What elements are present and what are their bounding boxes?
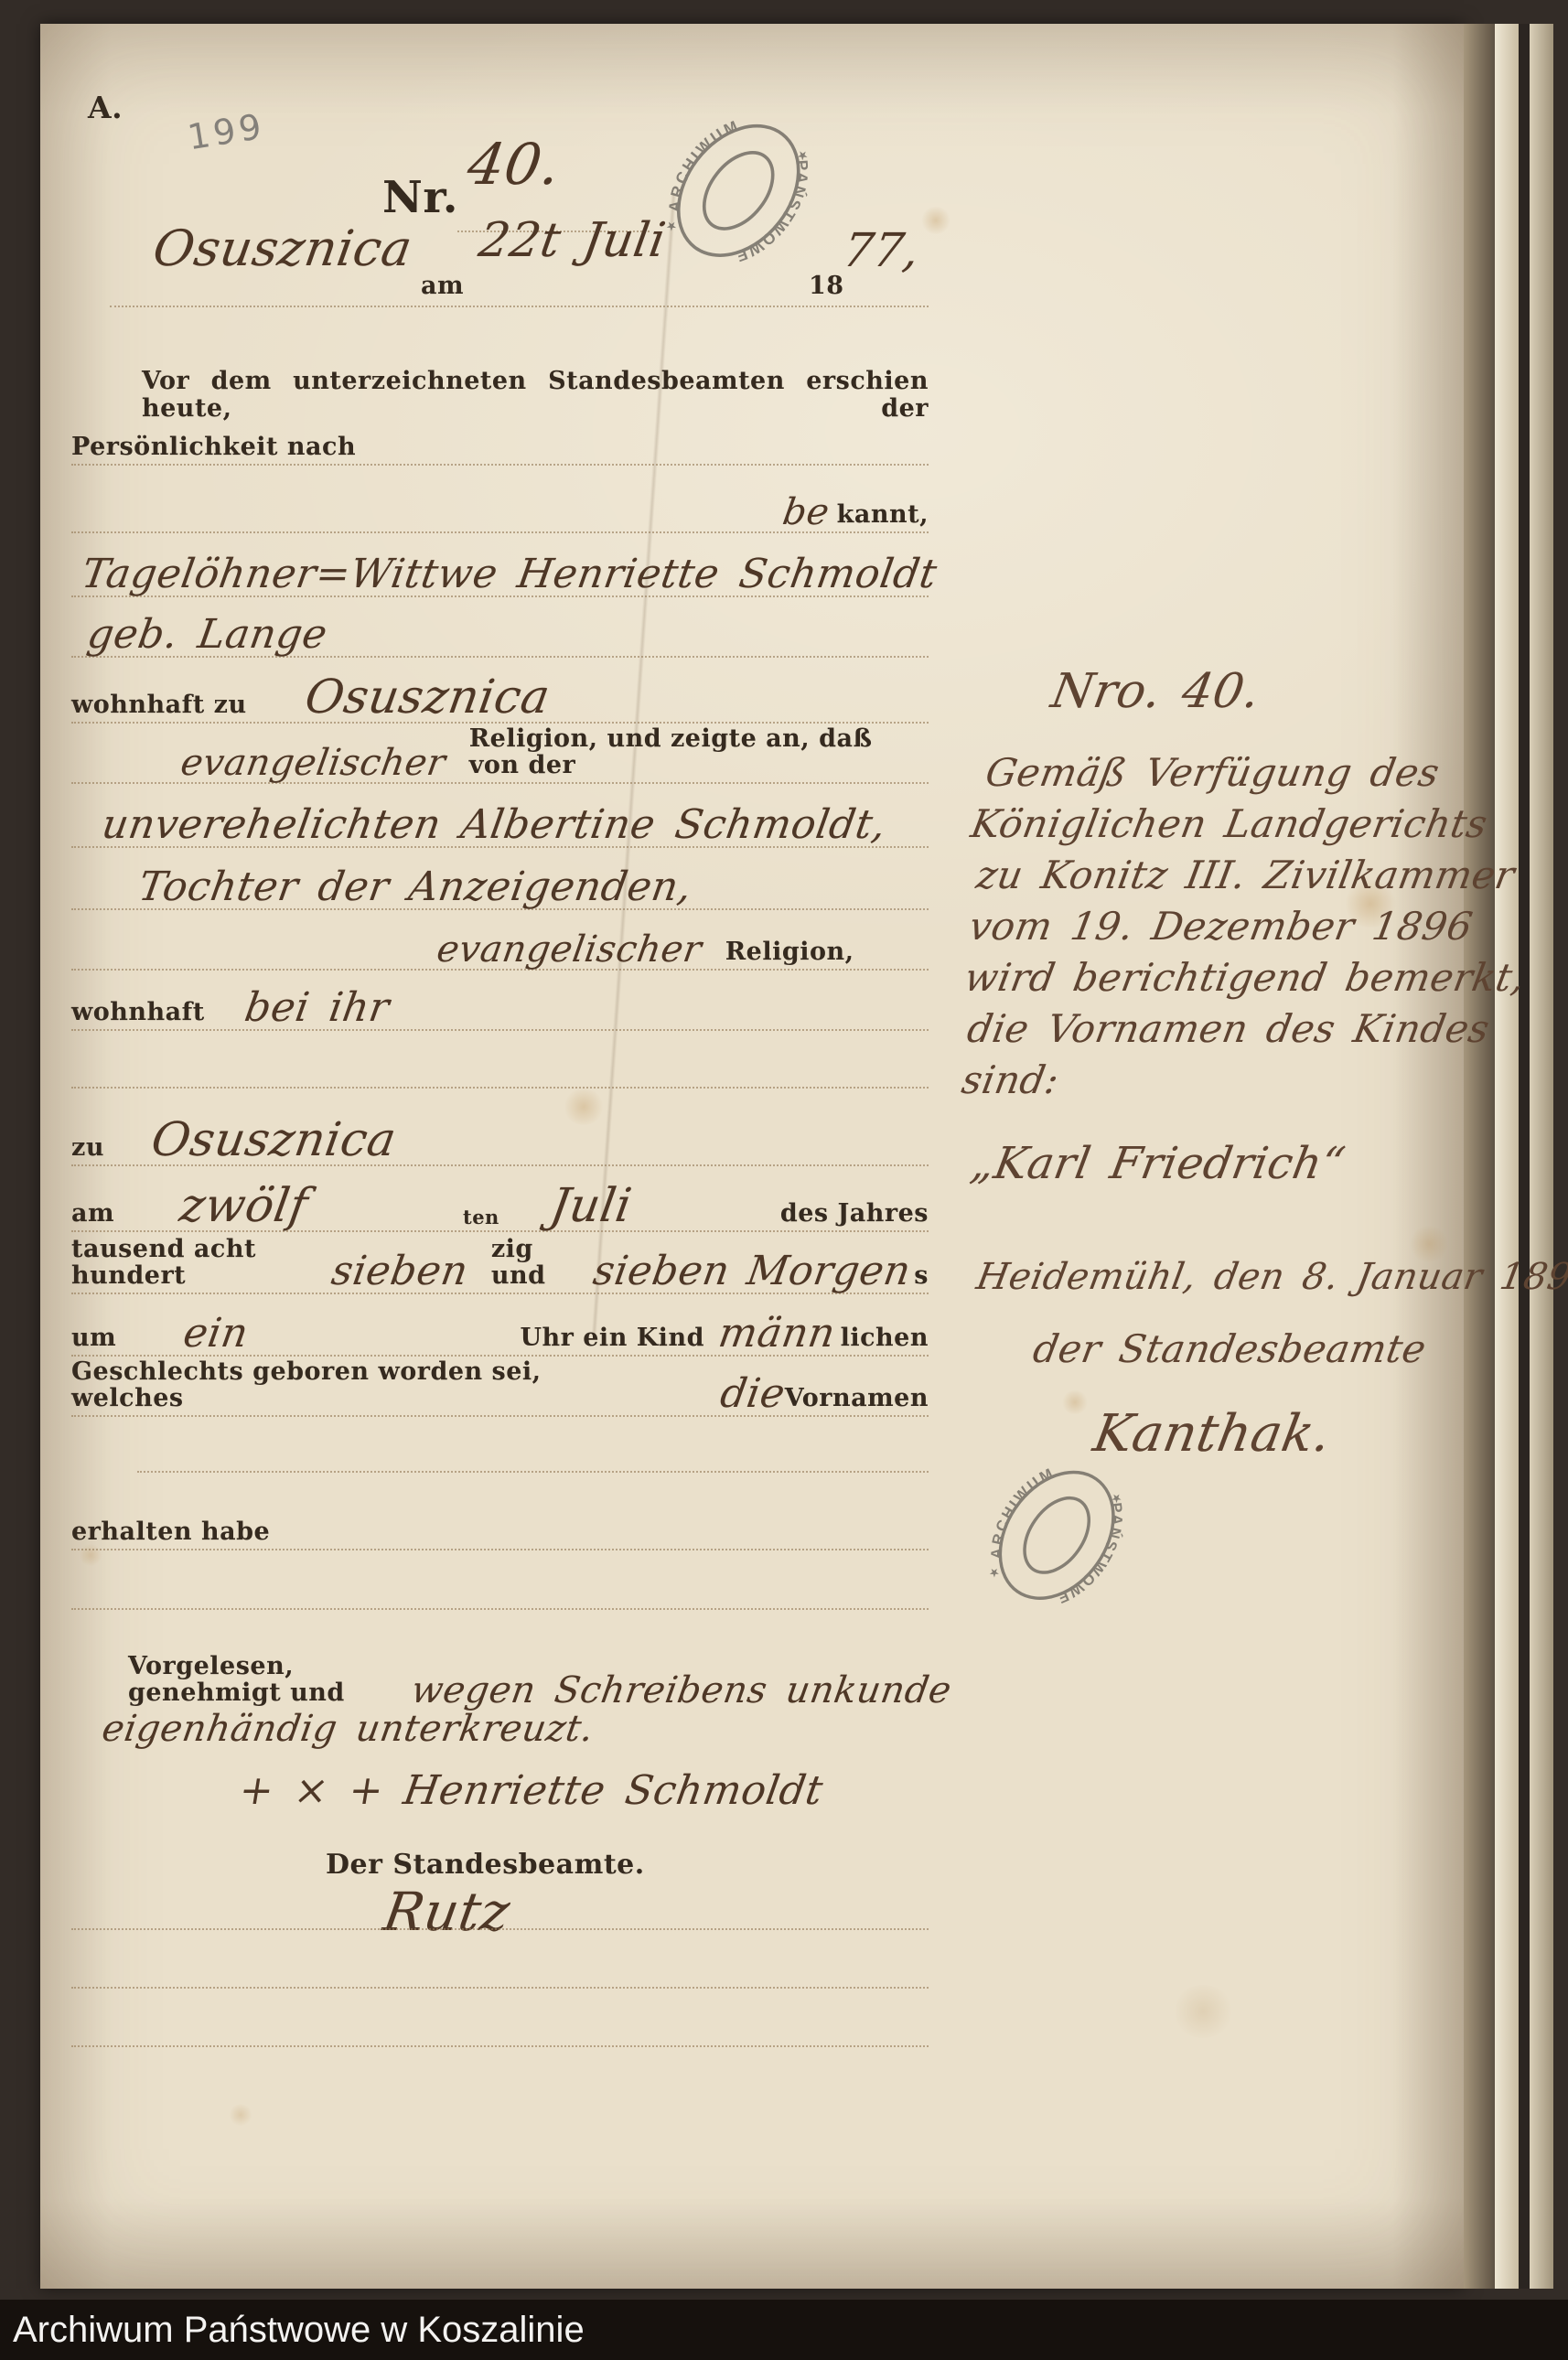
form-row-religion1: evangelischer Religion, und zeigte an, d… <box>71 721 929 784</box>
stain <box>229 2104 252 2126</box>
margin-note-official: der Standesbeamte <box>1030 1330 1429 1368</box>
margin-note-line: Königlichen Landgerichts <box>968 805 1490 843</box>
birthyear-decade: sieben <box>328 1253 470 1290</box>
form-row-tochter: Tochter der Anzeigenden, <box>71 845 929 910</box>
wohnhaft-zu-label: wohnhaft zu <box>71 692 247 719</box>
margin-note-quote: „Karl Friedrich“ <box>968 1142 1348 1185</box>
tochter-value: Tochter der Anzeigenden, <box>136 869 694 906</box>
underlying-page-edge <box>1530 24 1553 2289</box>
form-row-persoenlichkeit: Persönlichkeit nach <box>71 410 929 466</box>
record-number-label: Nr. <box>382 174 458 222</box>
form-row-birthday: am zwölf ten Juli des Jahres <box>71 1164 929 1232</box>
stain <box>920 207 951 234</box>
dotted-rule <box>137 1471 929 1473</box>
birthday-month: Juli <box>547 1185 634 1228</box>
stain <box>1061 1390 1089 1414</box>
form-row-bei-ihr: wohnhaft bei ihr <box>71 968 929 1031</box>
archive-footer-text: Archiwum Państwowe w Koszalinie <box>0 2300 585 2360</box>
religion2-value: evangelischer <box>435 933 703 966</box>
um-label: um <box>71 1325 116 1352</box>
geschlechts-label: Geschlechts geboren worden sei, welches <box>71 1358 629 1412</box>
religion2-label: Religion, <box>725 939 854 966</box>
ten-label: ten <box>463 1207 499 1228</box>
form-row-birthplace: zu Osusznica <box>71 1094 929 1166</box>
des-jahres-label: des Jahres <box>780 1200 929 1228</box>
birthyear-unit: sieben <box>591 1253 733 1290</box>
dotted-rule <box>71 1987 929 1989</box>
form-row-residence: wohnhaft zu Osusznica <box>71 655 929 724</box>
dateline-am-label: am <box>421 273 464 300</box>
birthplace-value: Osusznica <box>148 1120 399 1162</box>
dotted-rule <box>71 1608 929 1610</box>
declarant-birthname: geb. Lange <box>85 617 330 653</box>
dateline-day: 22t Juli <box>476 220 669 263</box>
form-row-geschlechts: Geschlechts geboren worden sei, welches … <box>71 1354 929 1417</box>
gender-value: männ <box>716 1315 838 1352</box>
religion1-value: evangelischer <box>178 746 447 779</box>
form-row-religion2: evangelischer Religion, <box>71 907 929 971</box>
dotted-rule <box>71 1087 929 1089</box>
dateline-year-hw: 77, <box>840 231 922 273</box>
dateline-place: Osusznica <box>150 227 415 272</box>
record-number-value: 40. <box>465 139 564 190</box>
persoenlichkeit-label: Persönlichkeit nach <box>71 434 356 461</box>
uhr-ein-kind-label: Uhr ein Kind <box>520 1325 704 1352</box>
hour-value: ein <box>181 1315 251 1352</box>
page-curled-edge <box>1495 24 1519 2289</box>
stamp-star-icon: ★ <box>985 1564 1002 1582</box>
birthday-day: zwölf <box>177 1185 310 1228</box>
archive-footer-bar: Archiwum Państwowe w Koszalinie <box>0 2300 1568 2360</box>
residence-value: Osusznica <box>302 677 553 719</box>
lichen-label: lichen <box>841 1325 929 1352</box>
page-gutter-shadow <box>1464 24 1495 2289</box>
margin-note-line: wird berichtigend bemerkt, <box>961 959 1528 997</box>
standesbeamte-label: Der Standesbeamte. <box>326 1850 645 1880</box>
mother-name: unverehelichten Albertine Schmoldt, <box>100 807 888 843</box>
zu-label: zu <box>71 1134 104 1162</box>
margin-note-signature: Kanthak. <box>1090 1409 1335 1460</box>
bekannt-printed: kannt, <box>837 501 929 529</box>
dotted-rule <box>71 2045 929 2047</box>
am-label: am <box>71 1200 114 1228</box>
form-row-bekannt: be kannt, <box>71 472 929 533</box>
form-row-declarant: Tagelöhner=Wittwe Henriette Schmoldt <box>71 531 929 597</box>
form-row-vorgelesen: Vorgelesen, genehmigt und wegen Schreibe… <box>128 1647 951 1710</box>
bei-ihr-value: bei ihr <box>242 990 392 1026</box>
religion1-label: Religion, und zeigte an, daß von der <box>469 725 929 779</box>
form-row-birthyear: tausend acht hundert sieben zig und sieb… <box>71 1229 929 1294</box>
margin-note-line: Gemäß Verfügung des <box>983 754 1442 792</box>
form-row-hour: um ein Uhr ein Kind männ lichen <box>71 1293 929 1357</box>
margin-note-dateline: Heidemühl, den 8. Januar 1897. <box>973 1259 1568 1295</box>
form-row-declarant-geb: geb. Lange <box>71 595 929 658</box>
wohnhaft-label: wohnhaft <box>71 999 205 1026</box>
stain <box>1171 1985 1235 2038</box>
declarant-name: Tagelöhner=Wittwe Henriette Schmoldt <box>80 556 940 593</box>
daytime-value: Morgen <box>745 1253 913 1290</box>
zig-und-label: zig und <box>491 1236 577 1290</box>
tausend-label: tausend acht hundert <box>71 1236 323 1290</box>
bekannt-handwritten: be <box>781 496 832 529</box>
margin-note-line: zu Konitz III. Zivilkammer <box>973 856 1517 895</box>
margin-note-line: vom 19. Dezember 1896 <box>966 907 1476 946</box>
margin-note-number: Nro. 40. <box>1047 668 1263 715</box>
form-row-erhalten: erhalten habe <box>71 1484 929 1550</box>
handmark-signature: + × + Henriette Schmoldt <box>237 1773 825 1809</box>
margin-note-line: sind: <box>959 1061 1061 1100</box>
erhalten-habe-label: erhalten habe <box>71 1518 270 1546</box>
die-value: die <box>718 1376 788 1412</box>
dotted-rule <box>71 1928 929 1930</box>
scanned-registry-page: A. 199 Nr. 40. ARCHIWUM PAŃSTWOWE ★ ★ Os… <box>0 0 1568 2360</box>
form-row-mother: unverehelichten Albertine Schmoldt, <box>71 781 929 848</box>
binding-gap <box>1519 24 1530 2289</box>
vornamen-label: Vornamen <box>785 1385 929 1412</box>
eigenhaendig-value: eigenhändig unterkreuzt. <box>100 1712 596 1745</box>
daytime-s-label: s <box>914 1262 929 1290</box>
form-letter: A. <box>88 91 123 124</box>
dotted-rule <box>110 306 929 307</box>
margin-note-line: die Vornamen des Kindes <box>964 1010 1492 1048</box>
vorgelesen-label: Vorgelesen, genehmigt und <box>128 1653 388 1707</box>
schreibens-value: wegen Schreibens unkunde <box>409 1674 953 1707</box>
